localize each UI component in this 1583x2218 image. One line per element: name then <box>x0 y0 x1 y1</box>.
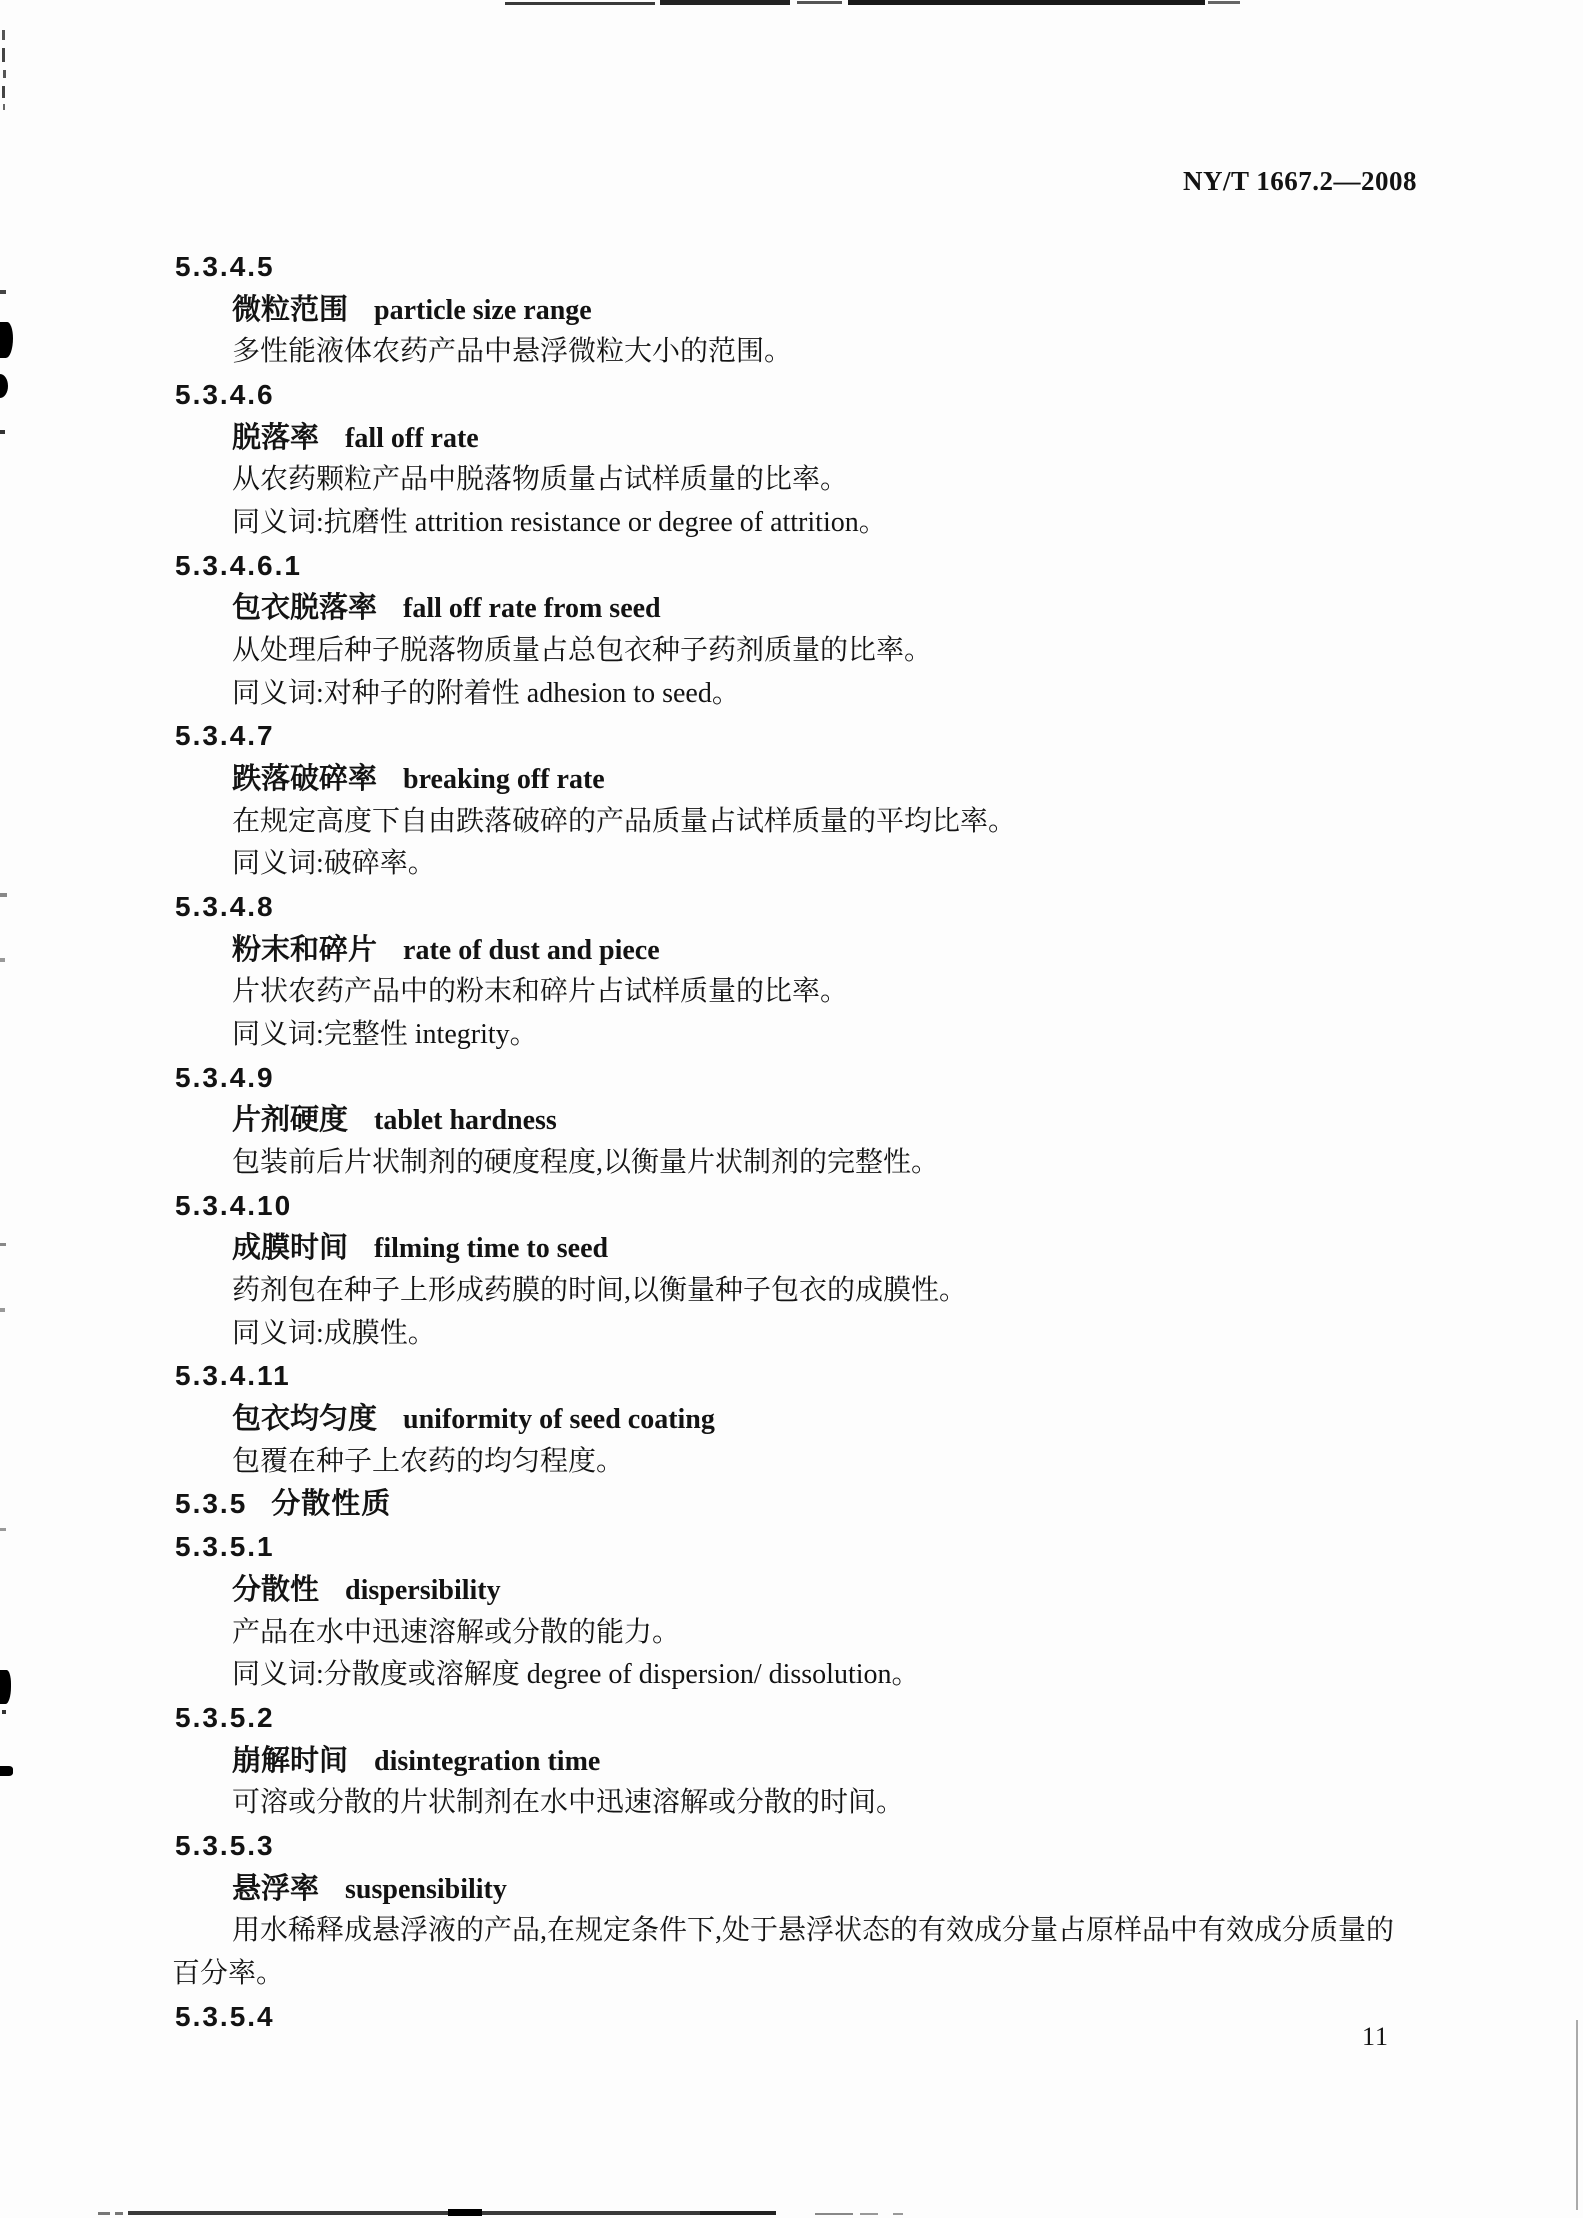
section-number: 5.3.4.8 <box>175 891 275 922</box>
term-line: 包衣脱落率fall off rate from seed <box>0 587 1583 630</box>
content-lines: 5.3.4.5微粒范围particle size range多性能液体农药产品中… <box>0 246 1583 2038</box>
section-number-line: 5.3.4.6 <box>0 374 1583 417</box>
scan-artifact-bottom-blob <box>448 2209 482 2216</box>
definition-line: 药剂包在种子上形成药膜的时间,以衡量种子包衣的成膜性。 <box>0 1270 1583 1313</box>
section-number: 5.3.4.6.1 <box>175 550 302 581</box>
term-line: 包衣均匀度uniformity of seed coating <box>0 1398 1583 1441</box>
scanned-document-page: NY/T 1667.2—2008 5.3.4.5微粒范围particle siz… <box>0 0 1583 2218</box>
section-number: 5.3.4.10 <box>175 1190 292 1221</box>
term-chinese: 粉末和碎片 <box>232 934 377 966</box>
page-number: 11 <box>1362 2022 1389 2052</box>
definition-line: 从处理后种子脱落物质量占总包衣种子药剂质量的比率。 <box>0 630 1583 673</box>
definition-line: 同义词:破碎率。 <box>0 843 1583 886</box>
section-number-line: 5.3.5.1 <box>0 1526 1583 1569</box>
definition-line: 包装前后片状制剂的硬度程度,以衡量片状制剂的完整性。 <box>0 1142 1583 1185</box>
definition-line: 包覆在种子上农药的均匀程度。 <box>0 1441 1583 1484</box>
term-line: 片剂硬度tablet hardness <box>0 1099 1583 1142</box>
scan-artifact-bottom-dash <box>893 2213 903 2215</box>
term-chinese: 包衣脱落率 <box>232 592 377 624</box>
term-english: particle size range <box>374 295 592 326</box>
definition-line: 同义词:完整性 integrity。 <box>0 1014 1583 1057</box>
term-chinese: 微粒范围 <box>232 294 348 326</box>
term-chinese: 成膜时间 <box>232 1232 348 1264</box>
term-line: 跌落破碎率breaking off rate <box>0 758 1583 801</box>
scan-artifact-top-line <box>848 0 1205 5</box>
term-english: tablet hardness <box>374 1105 557 1136</box>
section-number: 5.3.5.3 <box>175 1830 275 1861</box>
definition-line: 百分率。 <box>0 1953 1583 1996</box>
scan-artifact-bottom-dash <box>815 2213 853 2215</box>
definition-line: 用水稀释成悬浮液的产品,在规定条件下,处于悬浮状态的有效成分量占原样品中有效成分… <box>0 1910 1583 1953</box>
section-number: 5.3.5.1 <box>175 1531 275 1562</box>
section-number: 5.3.4.11 <box>175 1360 291 1391</box>
term-line: 微粒范围particle size range <box>0 289 1583 332</box>
term-line: 成膜时间filming time to seed <box>0 1227 1583 1270</box>
scan-artifact-bottom-dash <box>860 2213 878 2215</box>
term-english: dispersibility <box>345 1575 501 1606</box>
section-number: 5.3.4.6 <box>175 379 275 410</box>
term-chinese: 片剂硬度 <box>232 1104 348 1136</box>
section-number-line: 5.3.5.4 <box>0 1996 1583 2039</box>
definition-line: 在规定高度下自由跌落破碎的产品质量占试样质量的平均比率。 <box>0 801 1583 844</box>
section-number-line: 5.3.5.3 <box>0 1825 1583 1868</box>
scan-artifact-left-dash <box>2 86 5 98</box>
section-number-line: 5.3.5.2 <box>0 1697 1583 1740</box>
term-line: 崩解时间disintegration time <box>0 1740 1583 1783</box>
section-number: 5.3.4.7 <box>175 720 275 751</box>
section-number-line: 5.3.4.9 <box>0 1057 1583 1100</box>
definition-line: 多性能液体农药产品中悬浮微粒大小的范围。 <box>0 331 1583 374</box>
scan-artifact-bottom-line <box>115 2212 123 2215</box>
section-number: 5.3.5.2 <box>175 1702 275 1733</box>
section-number: 5.3.4.5 <box>175 251 275 282</box>
definition-line: 同义词:对种子的附着性 adhesion to seed。 <box>0 673 1583 716</box>
section-number-line: 5.3.4.6.1 <box>0 545 1583 588</box>
term-line: 粉末和碎片rate of dust and piece <box>0 929 1583 972</box>
scan-artifact-top-line <box>505 2 655 5</box>
scan-artifact-top-line <box>797 1 842 4</box>
scan-artifact-left-dash <box>2 30 5 40</box>
section-number: 5.3.5 <box>175 1488 247 1519</box>
scan-artifact-left-dash <box>3 104 5 110</box>
term-english: breaking off rate <box>403 764 605 795</box>
term-english: uniformity of seed coating <box>403 1404 715 1435</box>
term-chinese: 分散性 <box>232 1574 319 1606</box>
scan-artifact-top-line <box>660 0 790 5</box>
definition-line: 同义词:分散度或溶解度 degree of dispersion/ dissol… <box>0 1654 1583 1697</box>
definition-line: 产品在水中迅速溶解或分散的能力。 <box>0 1612 1583 1655</box>
term-chinese: 崩解时间 <box>232 1745 348 1777</box>
scan-artifact-left-dash <box>2 48 5 62</box>
term-chinese: 脱落率 <box>232 422 319 454</box>
definition-line: 从农药颗粒产品中脱落物质量占试样质量的比率。 <box>0 459 1583 502</box>
definition-line: 同义词:抗磨性 attrition resistance or degree o… <box>0 502 1583 545</box>
term-english: fall off rate <box>345 423 479 454</box>
section-number-line: 5.3.4.11 <box>0 1355 1583 1398</box>
definition-line: 可溶或分散的片状制剂在水中迅速溶解或分散的时间。 <box>0 1782 1583 1825</box>
term-chinese: 跌落破碎率 <box>232 763 377 795</box>
term-line: 脱落率fall off rate <box>0 417 1583 460</box>
term-line: 悬浮率suspensibility <box>0 1868 1583 1911</box>
scan-artifact-top-line <box>1208 1 1240 4</box>
scan-artifact-bottom-line <box>700 2211 776 2215</box>
term-chinese: 包衣均匀度 <box>232 1403 377 1435</box>
term-english: fall off rate from seed <box>403 593 661 624</box>
scan-artifact-left-dash <box>3 70 6 78</box>
term-english: suspensibility <box>345 1874 507 1905</box>
term-english: disintegration time <box>374 1746 600 1777</box>
term-line: 分散性dispersibility <box>0 1569 1583 1612</box>
document-header-standard-number: NY/T 1667.2—2008 <box>1183 166 1417 197</box>
section-number-line: 5.3.4.8 <box>0 886 1583 929</box>
definition-line: 同义词:成膜性。 <box>0 1313 1583 1356</box>
section-title: 分散性质 <box>271 1488 391 1520</box>
section-number: 5.3.5.4 <box>175 2001 275 2032</box>
definition-line: 片状农药产品中的粉末和碎片占试样质量的比率。 <box>0 971 1583 1014</box>
scan-artifact-right-edge <box>1576 2020 1578 2210</box>
section-number-line: 5.3.4.10 <box>0 1185 1583 1228</box>
section-number-line: 5.3.5分散性质 <box>0 1483 1583 1526</box>
term-chinese: 悬浮率 <box>232 1873 319 1905</box>
section-number-line: 5.3.4.5 <box>0 246 1583 289</box>
term-english: rate of dust and piece <box>403 935 660 966</box>
scan-artifact-bottom-line <box>98 2212 110 2215</box>
term-english: filming time to seed <box>374 1233 608 1264</box>
section-number-line: 5.3.4.7 <box>0 715 1583 758</box>
section-number: 5.3.4.9 <box>175 1062 275 1093</box>
